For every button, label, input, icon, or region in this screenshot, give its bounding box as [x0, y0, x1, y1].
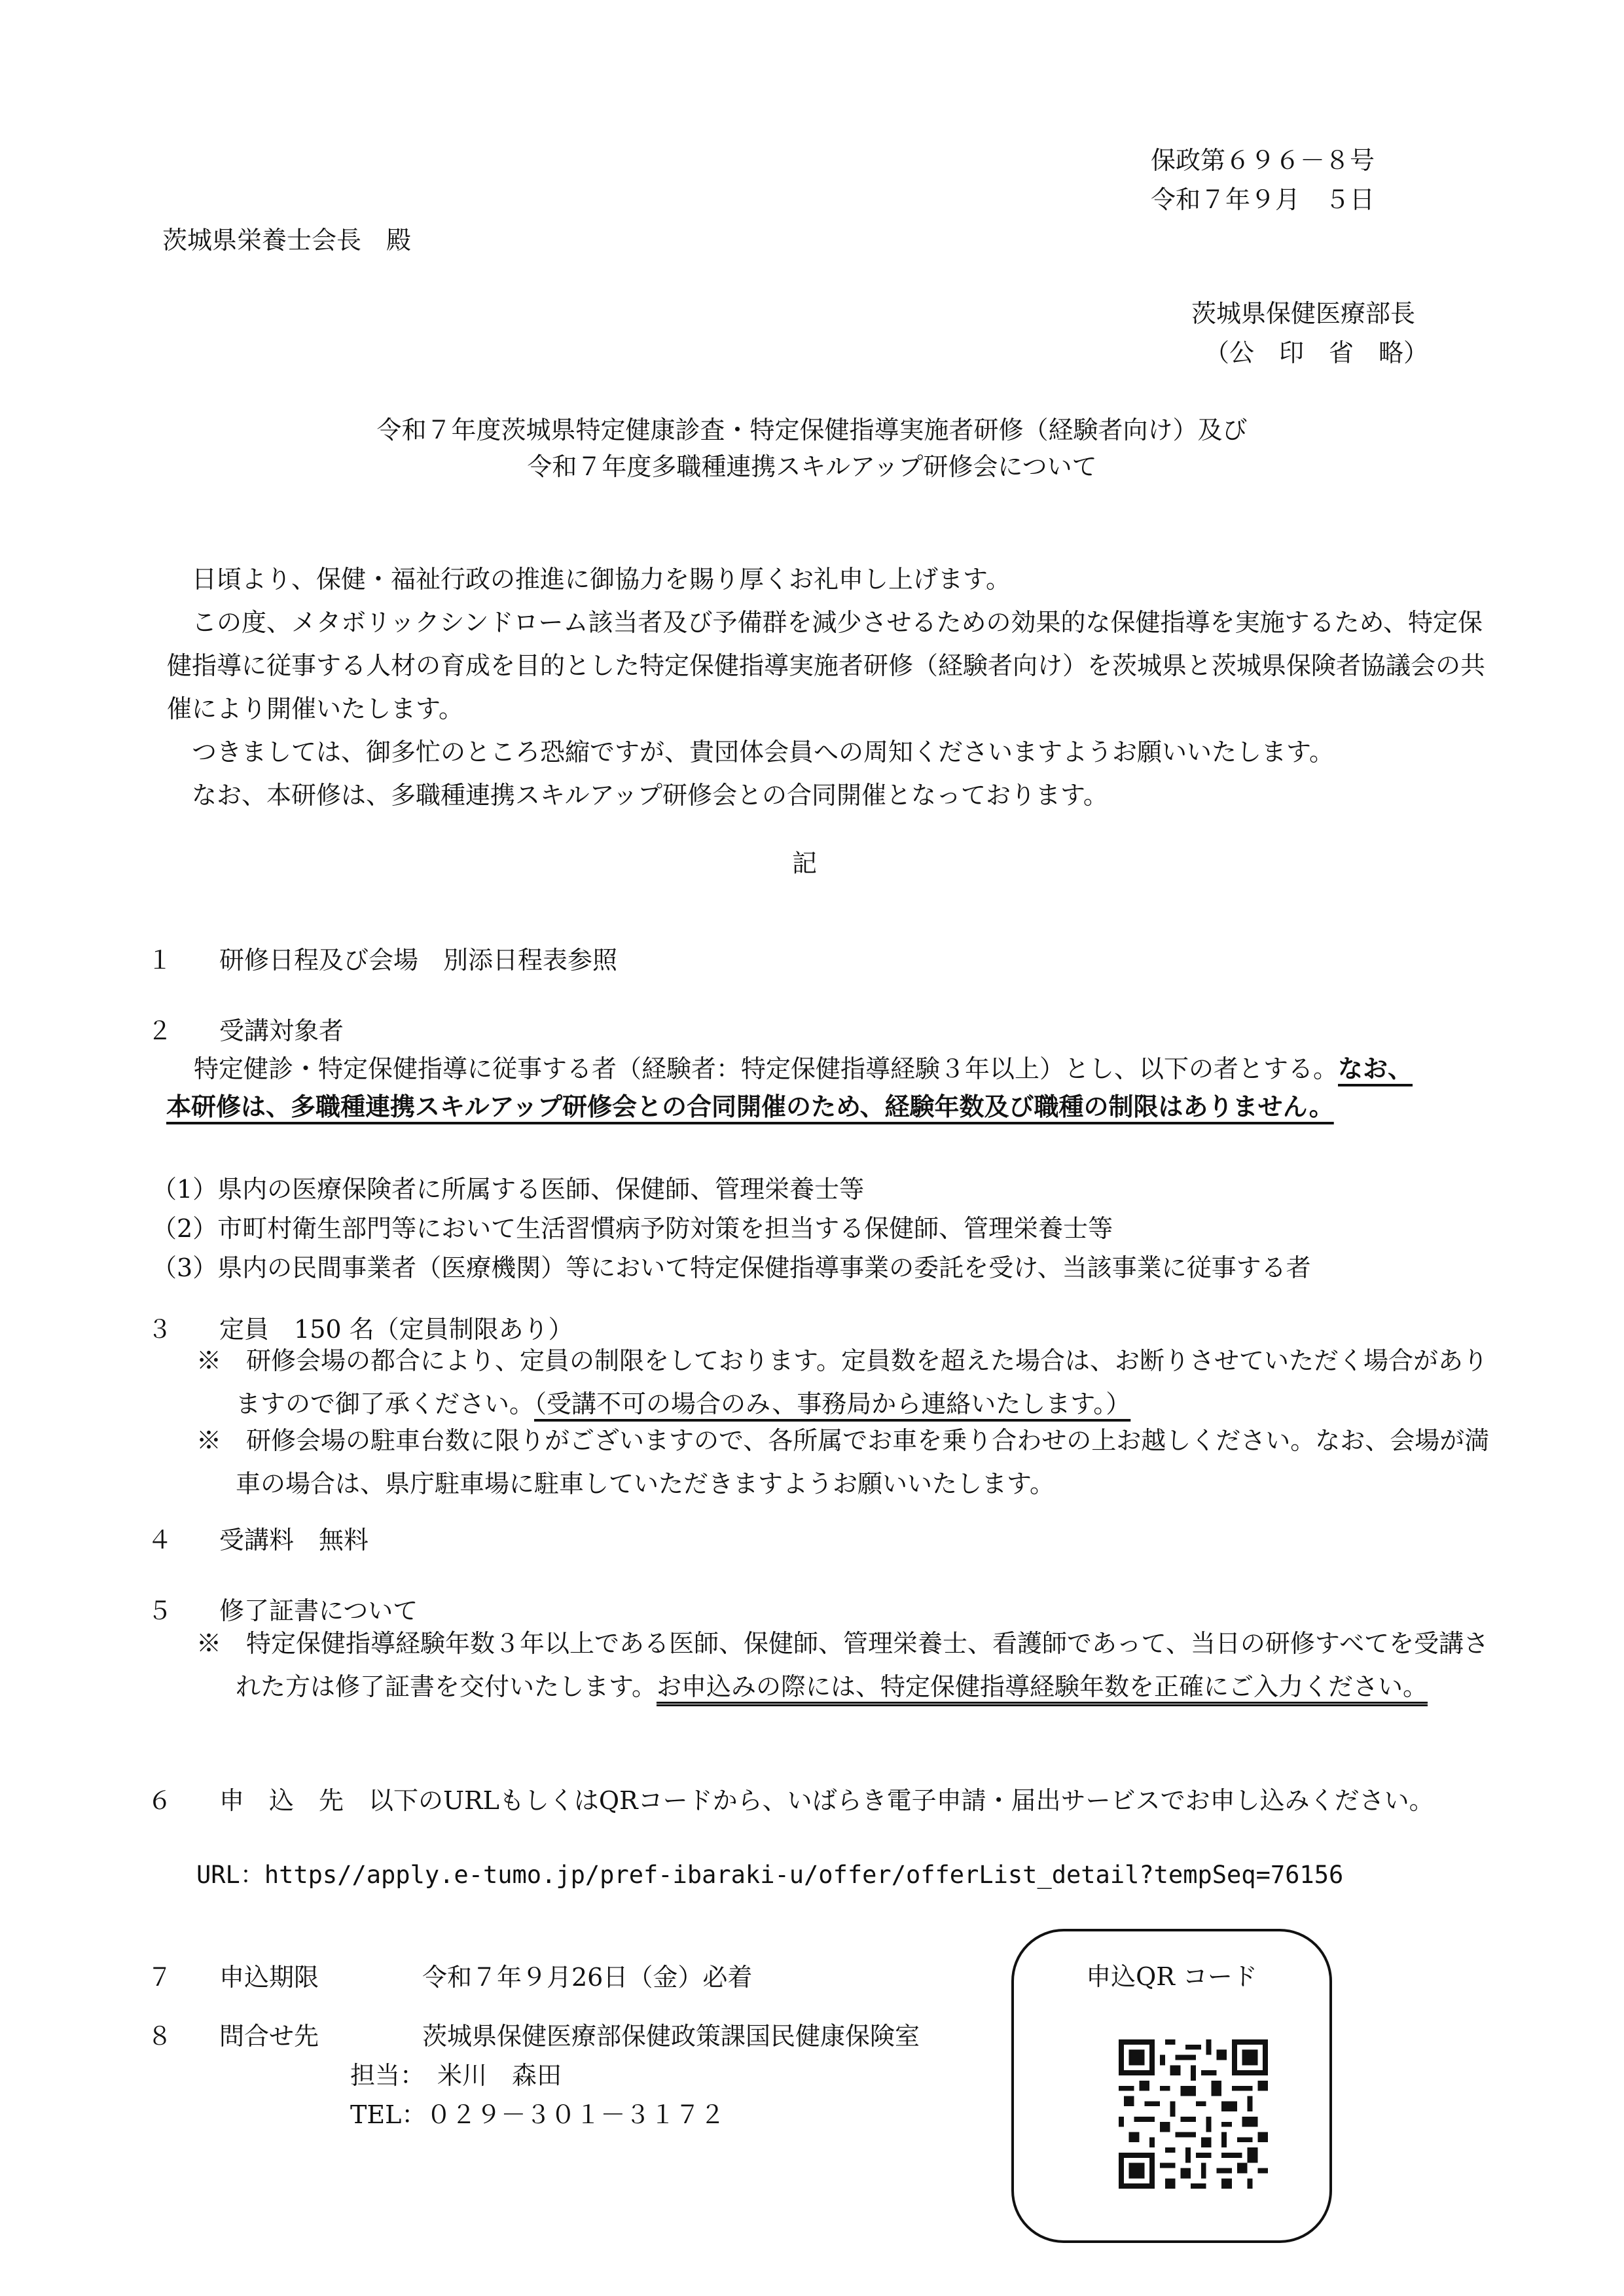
- item-5-label: 修了証書について: [219, 1596, 418, 1625]
- item-6-value: 以下のURLもしくはQRコードから、いばらき電子申請・届出サービスでお申し込みく…: [369, 1786, 1434, 1815]
- item-7-value: 令和７年９月26日（金）必着: [422, 1963, 752, 1992]
- capacity-note-1-underlined: （受講不可の場合のみ、事務局から連絡いたします。）: [534, 1390, 1130, 1418]
- item-4-label: 受講料: [219, 1526, 294, 1554]
- body-joint-note: なお、本研修は、多職種連携スキルアップ研修会との合同開催となっております。: [167, 774, 1502, 817]
- target-list-item-3: （3）県内の民間事業者（医療機関）等において特定保健指導事業の委託を受け、当該事…: [152, 1255, 1311, 1280]
- document-date: 令和７年９月 ５日: [1151, 187, 1375, 212]
- item-2-description-line-2: 本研修は、多職種連携スキルアップ研修会との合同開催のため、経験年数及び職種の制限…: [166, 1094, 1334, 1119]
- item-2-desc-underlined-rest: 本研修は、多職種連携スキルアップ研修会との合同開催のため、経験年数及び職種の制限…: [166, 1092, 1334, 1121]
- item-2-desc-underlined-start: なお、: [1338, 1054, 1413, 1083]
- target-list-item-2: （2）市町村衛生部門等において生活習慣病予防対策を担当する保健師、管理栄養士等: [152, 1216, 1113, 1241]
- body-purpose: この度、メタボリックシンドローム該当者及び予備群を減少させるための効果的な保健指…: [167, 601, 1502, 730]
- seal-omitted-note: （公 印 省 略）: [1191, 340, 1428, 365]
- item-8: ８問合せ先茨城県保健医療部保健政策課国民健康保険室: [147, 2024, 920, 2049]
- document-title-line-2: 令和７年度多職種連携スキルアップ研修会について: [0, 454, 1624, 479]
- item-3-number: ３: [147, 1317, 219, 1342]
- item-2-label: 受講対象者: [219, 1016, 344, 1045]
- certificate-note: ※ 特定保健指導経験年数３年以上である医師、保健師、管理栄養士、看護師であって、…: [196, 1622, 1499, 1708]
- sender-block: 茨城県保健医療部長 （公 印 省 略）: [1191, 301, 1428, 365]
- contact-persons: 担当： 米川 森田: [350, 2063, 562, 2088]
- item-6-number: ６: [147, 1788, 219, 1813]
- qr-code-icon[interactable]: [1119, 2039, 1268, 2189]
- qr-code-box: 申込QR コード: [1011, 1929, 1332, 2243]
- item-5-heading: ５修了証書について: [147, 1598, 418, 1623]
- target-list-item-1: （1）県内の医療保険者に所属する医師、保健師、管理栄養士等: [152, 1177, 864, 1202]
- addressee: 茨城県栄養士会長 殿: [162, 228, 411, 253]
- item-5-number: ５: [147, 1598, 219, 1623]
- qr-code-title: 申込QR コード: [1014, 1964, 1329, 1989]
- item-6: ６申 込 先 以下のURLもしくはQRコードから、いばらき電子申請・届出サービス…: [147, 1788, 1434, 1813]
- parking-note: ※ 研修会場の駐車台数に限りがございますので、各所属でお車を乗り合わせの上お越し…: [196, 1419, 1499, 1505]
- item-1-number: １: [147, 948, 219, 973]
- item-2-description-line-1: 特定健診・特定保健指導に従事する者（経験者：特定保健指導経験３年以上）とし、以下…: [194, 1056, 1413, 1081]
- document-number-block: 保政第６９６－８号 令和７年９月 ５日: [1151, 148, 1375, 212]
- url-link[interactable]: https//apply.e-tumo.jp/pref-ibaraki-u/of…: [264, 1861, 1343, 1889]
- url-label: URL：: [196, 1861, 264, 1889]
- contact-phone: TEL：０２９－３０１－３１７２: [350, 2102, 725, 2127]
- certificate-note-underlined: お申込みの際には、特定保健指導経験年数を正確にご入力ください。: [657, 1672, 1428, 1701]
- application-url[interactable]: URL：https//apply.e-tumo.jp/pref-ibaraki-…: [196, 1863, 1343, 1887]
- item-1: １研修日程及び会場 別添日程表参照: [147, 948, 617, 973]
- item-3-heading: ３定員 150 名（定員制限あり）: [147, 1317, 573, 1342]
- item-2-desc-plain: 特定健診・特定保健指導に従事する者（経験者：特定保健指導経験３年以上）とし、以下…: [194, 1054, 1338, 1083]
- item-4-value: 無料: [319, 1526, 369, 1554]
- body-request: つきましては、御多忙のところ恐縮ですが、貴団体会員への周知くださいますようお願い…: [167, 730, 1502, 774]
- document-number: 保政第６９６－８号: [1151, 148, 1375, 173]
- item-7: ７申込期限令和７年９月26日（金）必着: [147, 1965, 752, 1990]
- item-2-number: ２: [147, 1018, 219, 1043]
- item-7-number: ７: [147, 1965, 219, 1990]
- item-1-value: 別添日程表参照: [443, 946, 617, 975]
- item-8-label: 問合せ先: [219, 2024, 422, 2049]
- item-4: ４受講料 無料: [147, 1528, 369, 1552]
- sender-title: 茨城県保健医療部長: [1191, 301, 1428, 326]
- ki-heading: 記: [792, 851, 817, 876]
- body-greeting: 日頃より、保健・福祉行政の推進に御協力を賜り厚くお礼申し上げます。: [167, 558, 1502, 601]
- contact-organization: 茨城県保健医療部保健政策課国民健康保険室: [422, 2022, 920, 2051]
- capacity-note-1: ※ 研修会場の都合により、定員の制限をしております。定員数を超えた場合は、お断り…: [196, 1339, 1499, 1426]
- item-4-number: ４: [147, 1528, 219, 1552]
- document-title-line-1: 令和７年度茨城県特定健康診査・特定保健指導実施者研修（経験者向け）及び: [0, 418, 1624, 442]
- item-1-label: 研修日程及び会場: [219, 946, 418, 975]
- item-7-label: 申込期限: [219, 1965, 422, 1990]
- item-8-number: ８: [147, 2024, 219, 2049]
- item-6-label: 申 込 先: [219, 1786, 344, 1815]
- item-2-heading: ２受講対象者: [147, 1018, 344, 1043]
